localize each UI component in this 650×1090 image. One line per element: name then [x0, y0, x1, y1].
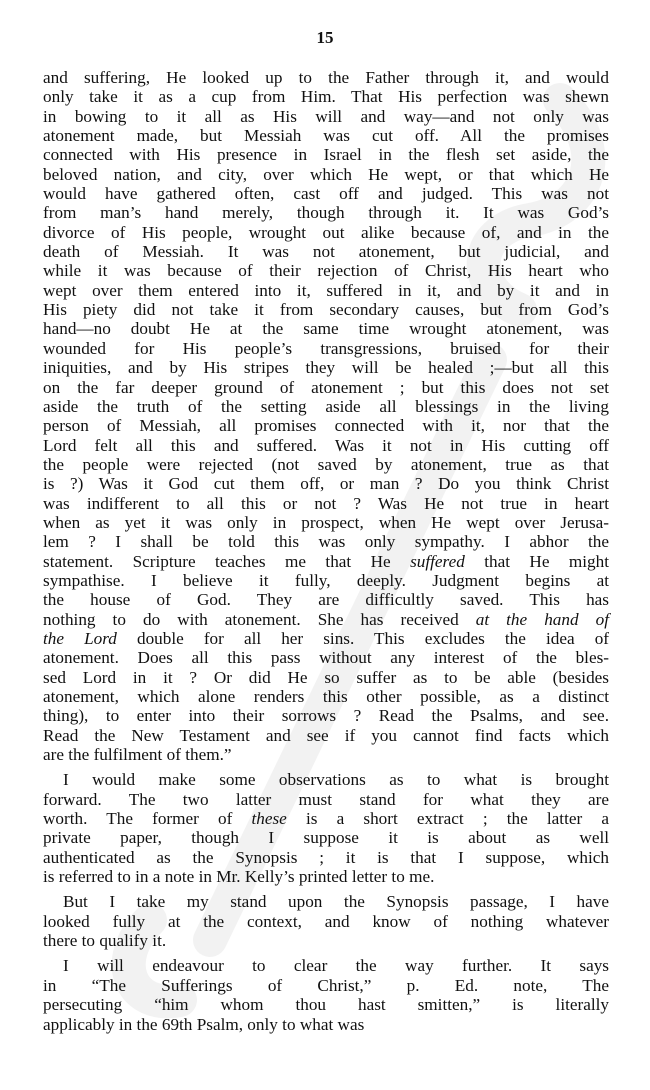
- text-line: atonement. Does all this pass without an…: [43, 648, 609, 667]
- text-line: aside the truth of the setting aside all…: [43, 397, 609, 416]
- text-line: I will endeavour to clear the way furthe…: [43, 956, 609, 975]
- text-line: wounded for His people’s transgressions,…: [43, 339, 609, 358]
- text-line: sed Lord in it ? Or did He so suffer as …: [43, 668, 609, 687]
- text-line: the house of God. They are difficultly s…: [43, 590, 609, 609]
- text-line: there to qualify it.: [43, 931, 609, 950]
- paragraph: and suffering, He looked up to the Fathe…: [43, 68, 609, 764]
- text-line: lem ? I shall be told this was only symp…: [43, 532, 609, 551]
- text-line: when as yet it was only in prospect, whe…: [43, 513, 609, 532]
- text-line: worth. The former of these is a short ex…: [43, 809, 609, 828]
- text-line: and suffering, He looked up to the Fathe…: [43, 68, 609, 87]
- text-line: person of Messiah, all promises connecte…: [43, 416, 609, 435]
- italic-text: suffered: [410, 552, 465, 571]
- text-line: forward. The two latter must stand for w…: [43, 790, 609, 809]
- text-line: private paper, though I suppose it is ab…: [43, 828, 609, 847]
- text-line: Read the New Testament and see if you ca…: [43, 726, 609, 745]
- text-line: thing), to enter into their sorrows ? Re…: [43, 706, 609, 725]
- text-line: hand—no doubt He at the same time wrough…: [43, 319, 609, 338]
- page-number: 15: [0, 28, 650, 48]
- text-line: statement. Scripture teaches me that He …: [43, 552, 609, 571]
- text-line: persecuting “him whom thou hast smitten,…: [43, 995, 609, 1014]
- text-line: authenticated as the Synopsis ; it is th…: [43, 848, 609, 867]
- text-line: the people were rejected (not saved by a…: [43, 455, 609, 474]
- text-line: is ?) Was it God cut them off, or man ? …: [43, 474, 609, 493]
- text-line: looked fully at the context, and know of…: [43, 912, 609, 931]
- paragraph: I would make some observations as to wha…: [43, 770, 609, 886]
- text-line: applicably in the 69th Psalm, only to wh…: [43, 1015, 609, 1034]
- italic-text: at the hand of: [476, 610, 609, 629]
- text-line: was indifferent to all this or not ? Was…: [43, 494, 609, 513]
- text-line: atonement made, but Messiah was cut off.…: [43, 126, 609, 145]
- text-line: death of Messiah. It was not atonement, …: [43, 242, 609, 261]
- text-line: beloved nation, and city, over which He …: [43, 165, 609, 184]
- text-line: are the fulfilment of them.”: [43, 745, 609, 764]
- text-line: in bowing to it all as His will and way—…: [43, 107, 609, 126]
- text-line: connected with His presence in Israel in…: [43, 145, 609, 164]
- text-line: I would make some observations as to wha…: [43, 770, 609, 789]
- text-line: is referred to in a note in Mr. Kelly’s …: [43, 867, 609, 886]
- scanned-page: 15 and suffering, He looked up to the Fa…: [0, 0, 650, 1090]
- text-line: the Lord double for all her sins. This e…: [43, 629, 609, 648]
- text-line: from man’s hand merely, though through i…: [43, 203, 609, 222]
- paragraph: But I take my stand upon the Synopsis pa…: [43, 892, 609, 950]
- text-line: only take it as a cup from Him. That His…: [43, 87, 609, 106]
- text-line: divorce of His people, wrought out alike…: [43, 223, 609, 242]
- body-text: and suffering, He looked up to the Fathe…: [43, 68, 609, 1034]
- text-line: on the far deeper ground of atonement ; …: [43, 378, 609, 397]
- text-line: in “The Sufferings of Christ,” p. Ed. no…: [43, 976, 609, 995]
- text-line: Lord felt all this and suffered. Was it …: [43, 436, 609, 455]
- text-line: would have gathered often, cast off and …: [43, 184, 609, 203]
- text-line: while it was because of their rejection …: [43, 261, 609, 280]
- text-line: But I take my stand upon the Synopsis pa…: [43, 892, 609, 911]
- text-line: nothing to do with atonement. She has re…: [43, 610, 609, 629]
- text-line: sympathise. I believe it fully, deeply. …: [43, 571, 609, 590]
- italic-text: these: [252, 809, 287, 828]
- text-line: atonement, which alone renders this othe…: [43, 687, 609, 706]
- text-line: iniquities, and by His stripes they will…: [43, 358, 609, 377]
- italic-text: the Lord: [43, 629, 117, 648]
- text-line: His piety did not take it from secondary…: [43, 300, 609, 319]
- paragraph: I will endeavour to clear the way furthe…: [43, 956, 609, 1033]
- text-line: wept over them entered into it, suffered…: [43, 281, 609, 300]
